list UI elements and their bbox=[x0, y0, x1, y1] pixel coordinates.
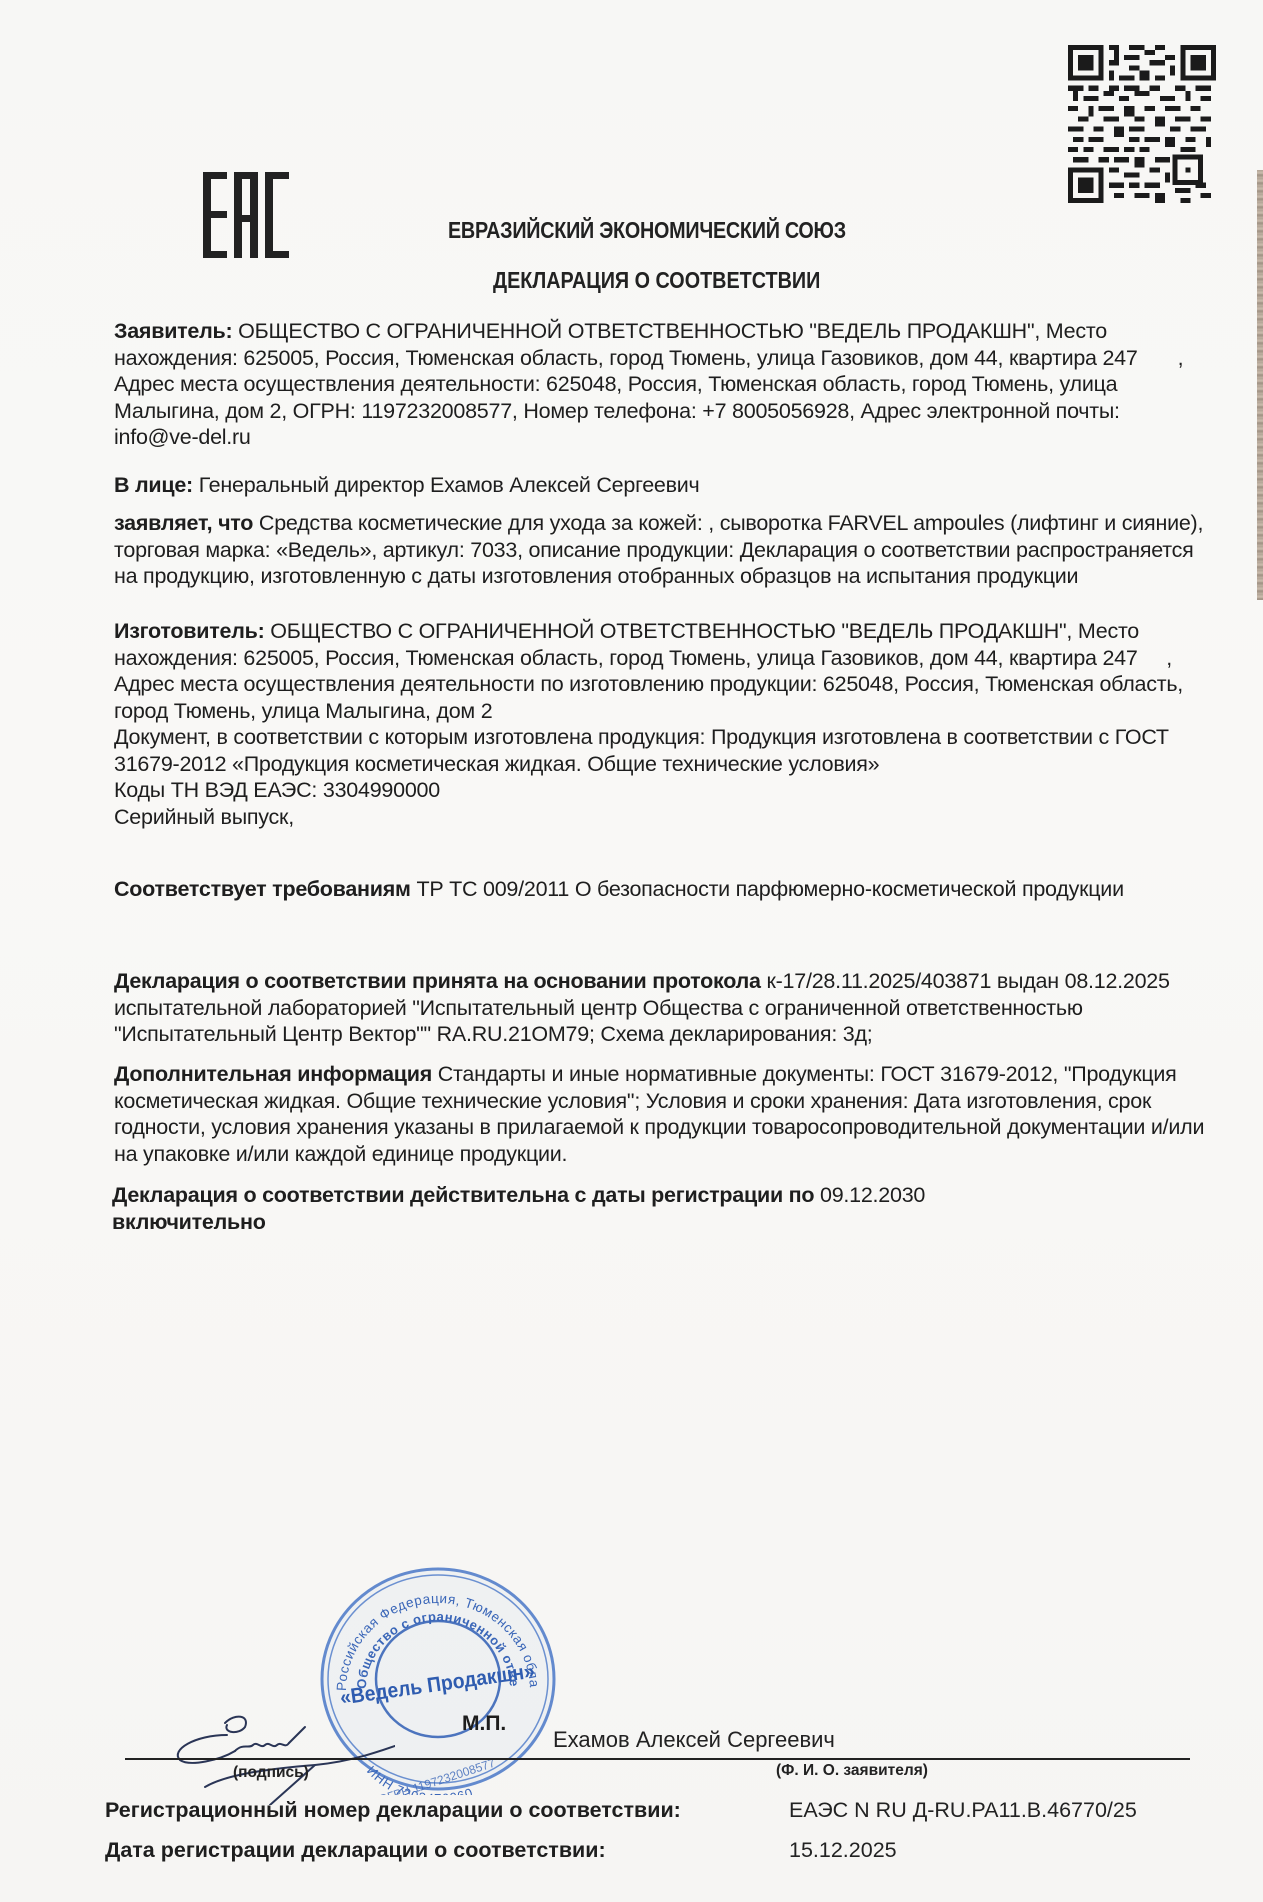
registration-number-value: ЕАЭС N RU Д-RU.PA11.B.46770/25 bbox=[789, 1798, 1137, 1823]
declares-label: заявляет, что bbox=[114, 511, 253, 535]
validity-date: 09.12.2030 bbox=[820, 1183, 925, 1207]
registration-date-label: Дата регистрации декларации о соответств… bbox=[105, 1838, 606, 1863]
stamp-place-label: М.П. bbox=[462, 1712, 506, 1736]
registration-number-label: Регистрационный номер декларации о соотв… bbox=[105, 1798, 681, 1823]
applicant-text: ОБЩЕСТВО С ОГРАНИЧЕННОЙ ОТВЕТСТВЕННОСТЬЮ… bbox=[114, 319, 1189, 449]
manufacturer-label: Изготовитель: bbox=[114, 619, 265, 643]
background-edge bbox=[1257, 170, 1263, 600]
signature-icon bbox=[165, 1705, 395, 1805]
applicant-section: Заявитель: ОБЩЕСТВО С ОГРАНИЧЕННОЙ ОТВЕТ… bbox=[114, 318, 1209, 451]
manufacturer-section: Изготовитель: ОБЩЕСТВО С ОГРАНИЧЕННОЙ ОТ… bbox=[114, 618, 1209, 830]
signature-caption: (подпись) bbox=[233, 1764, 309, 1782]
validity-label: Декларация о соответствии действительна … bbox=[112, 1183, 814, 1207]
declares-text: Средства косметические для ухода за коже… bbox=[114, 511, 1203, 588]
registration-date-value: 15.12.2025 bbox=[789, 1838, 897, 1863]
production-document: Документ, в соответствии с которым изгот… bbox=[114, 724, 1209, 777]
validity-section: Декларация о соответствии действительна … bbox=[112, 1182, 1207, 1235]
basis-section: Декларация о соответствии принята на осн… bbox=[114, 968, 1209, 1048]
eac-logo bbox=[203, 172, 289, 258]
additional-info-section: Дополнительная информация Стандарты и ин… bbox=[114, 1061, 1209, 1167]
tn-ved-codes: Коды ТН ВЭД ЕАЭС: 3304990000 bbox=[114, 777, 1209, 804]
compliance-text: ТР ТС 009/2011 О безопасности парфюмерно… bbox=[416, 877, 1123, 901]
document-title: ДЕКЛАРАЦИЯ О СООТВЕТСТВИИ bbox=[493, 267, 820, 294]
applicant-label: Заявитель: bbox=[114, 319, 232, 343]
signature-line bbox=[125, 1758, 1190, 1760]
representative-text: Генеральный директор Ехамов Алексей Серг… bbox=[199, 473, 700, 497]
release-type: Серийный выпуск, bbox=[114, 804, 1209, 831]
basis-label: Декларация о соответствии принята на осн… bbox=[114, 969, 761, 993]
union-title: ЕВРАЗИЙСКИЙ ЭКОНОМИЧЕСКИЙ СОЮЗ bbox=[448, 217, 861, 244]
eac-letter-a bbox=[234, 172, 258, 258]
representative-label: В лице: bbox=[114, 473, 193, 497]
name-caption: (Ф. И. О. заявителя) bbox=[776, 1762, 928, 1780]
qr-code-icon bbox=[1068, 44, 1216, 204]
additional-info-label: Дополнительная информация bbox=[114, 1062, 432, 1086]
signer-name: Ехамов Алексей Сергеевич bbox=[553, 1727, 835, 1753]
compliance-label: Соответствует требованиям bbox=[114, 877, 411, 901]
declaration-page: ЕВРАЗИЙСКИЙ ЭКОНОМИЧЕСКИЙ СОЮЗ ДЕКЛАРАЦИ… bbox=[0, 0, 1263, 1902]
validity-label-end: включительно bbox=[112, 1210, 266, 1234]
eac-letter-c bbox=[265, 172, 289, 258]
eac-letter-e bbox=[203, 172, 227, 258]
compliance-section: Соответствует требованиям ТР ТС 009/2011… bbox=[114, 876, 1209, 903]
declares-section: заявляет, что Средства косметические для… bbox=[114, 510, 1209, 590]
manufacturer-text: ОБЩЕСТВО С ОГРАНИЧЕННОЙ ОТВЕТСТВЕННОСТЬЮ… bbox=[114, 619, 1189, 723]
representative-section: В лице: Генеральный директор Ехамов Алек… bbox=[114, 472, 1209, 499]
